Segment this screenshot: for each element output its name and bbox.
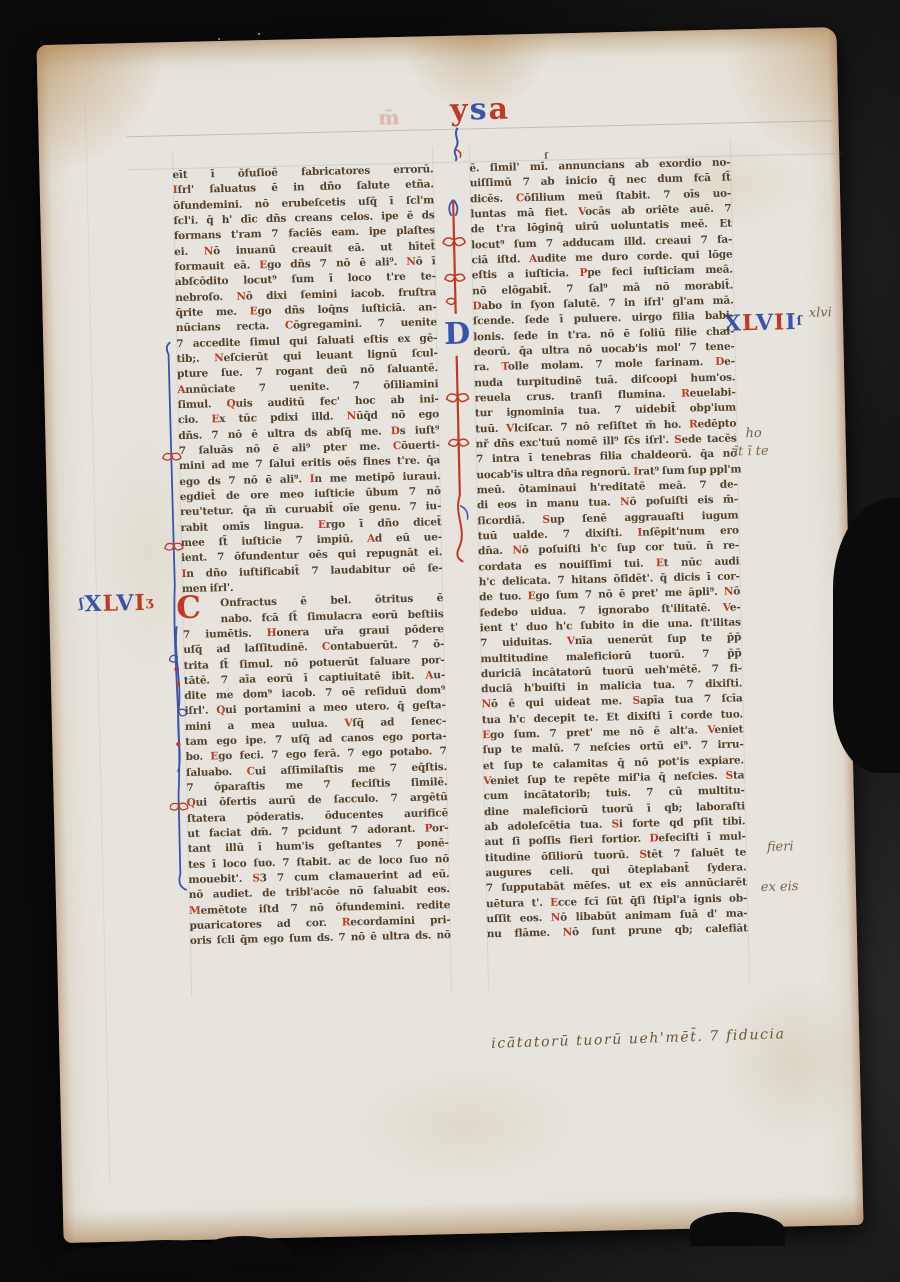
header-flourish-icon xyxy=(446,125,469,161)
letter: I xyxy=(785,309,797,335)
text-column-left: eīt ī ōfuſioē fabricatores errorū.Iſrl' … xyxy=(172,162,451,949)
lower-margin-annotation: icātatorū tuorū ueh'mēt̄. 7 fiducia xyxy=(491,1025,821,1052)
chapter-numeral-xlvii: XLVIIſ xyxy=(724,311,804,335)
letter: ʒ xyxy=(146,595,155,610)
letter: I xyxy=(134,590,146,616)
ruling-line xyxy=(85,104,111,1184)
margin-note: ho xyxy=(745,427,762,441)
dust-speck xyxy=(218,38,220,40)
header-offset-smudge: m̄ xyxy=(378,105,400,129)
illuminated-initial-c: C xyxy=(176,593,201,625)
margin-note: īt ī te xyxy=(734,445,769,460)
dust-speck xyxy=(258,33,260,35)
stain xyxy=(350,1063,583,1188)
letter: X xyxy=(84,591,103,617)
margin-note: fieri xyxy=(767,840,794,855)
letter: y xyxy=(450,95,470,125)
chapter-numeral-xlvi: ʃXLVIʒ xyxy=(79,592,154,616)
running-header: ysa xyxy=(410,94,551,127)
margin-note-xlvi: xlvi xyxy=(809,306,832,321)
text-column-right: ē. ſimil' mī. annuncians ab exordio no-u… xyxy=(469,156,748,943)
letter: a xyxy=(488,95,510,125)
margin-note: ex eis xyxy=(761,880,799,895)
letter: V xyxy=(116,590,135,616)
letter: ſ xyxy=(796,314,803,329)
leaf-edge-notch xyxy=(90,1240,230,1270)
illuminated-initial-d: D xyxy=(441,319,474,350)
leaf-edge-notch xyxy=(58,1248,118,1268)
letter: L xyxy=(102,591,116,617)
leaf-edge-notch xyxy=(205,1236,290,1262)
letter: L xyxy=(742,310,756,336)
manuscript-leaf: m̄ ysa ʃXLVIʒ XLVIIſ xlvi ſ eīt ī ōfuſio… xyxy=(37,27,864,1243)
stain xyxy=(718,977,872,1150)
letter: s xyxy=(469,95,489,125)
letter: V xyxy=(756,310,775,336)
